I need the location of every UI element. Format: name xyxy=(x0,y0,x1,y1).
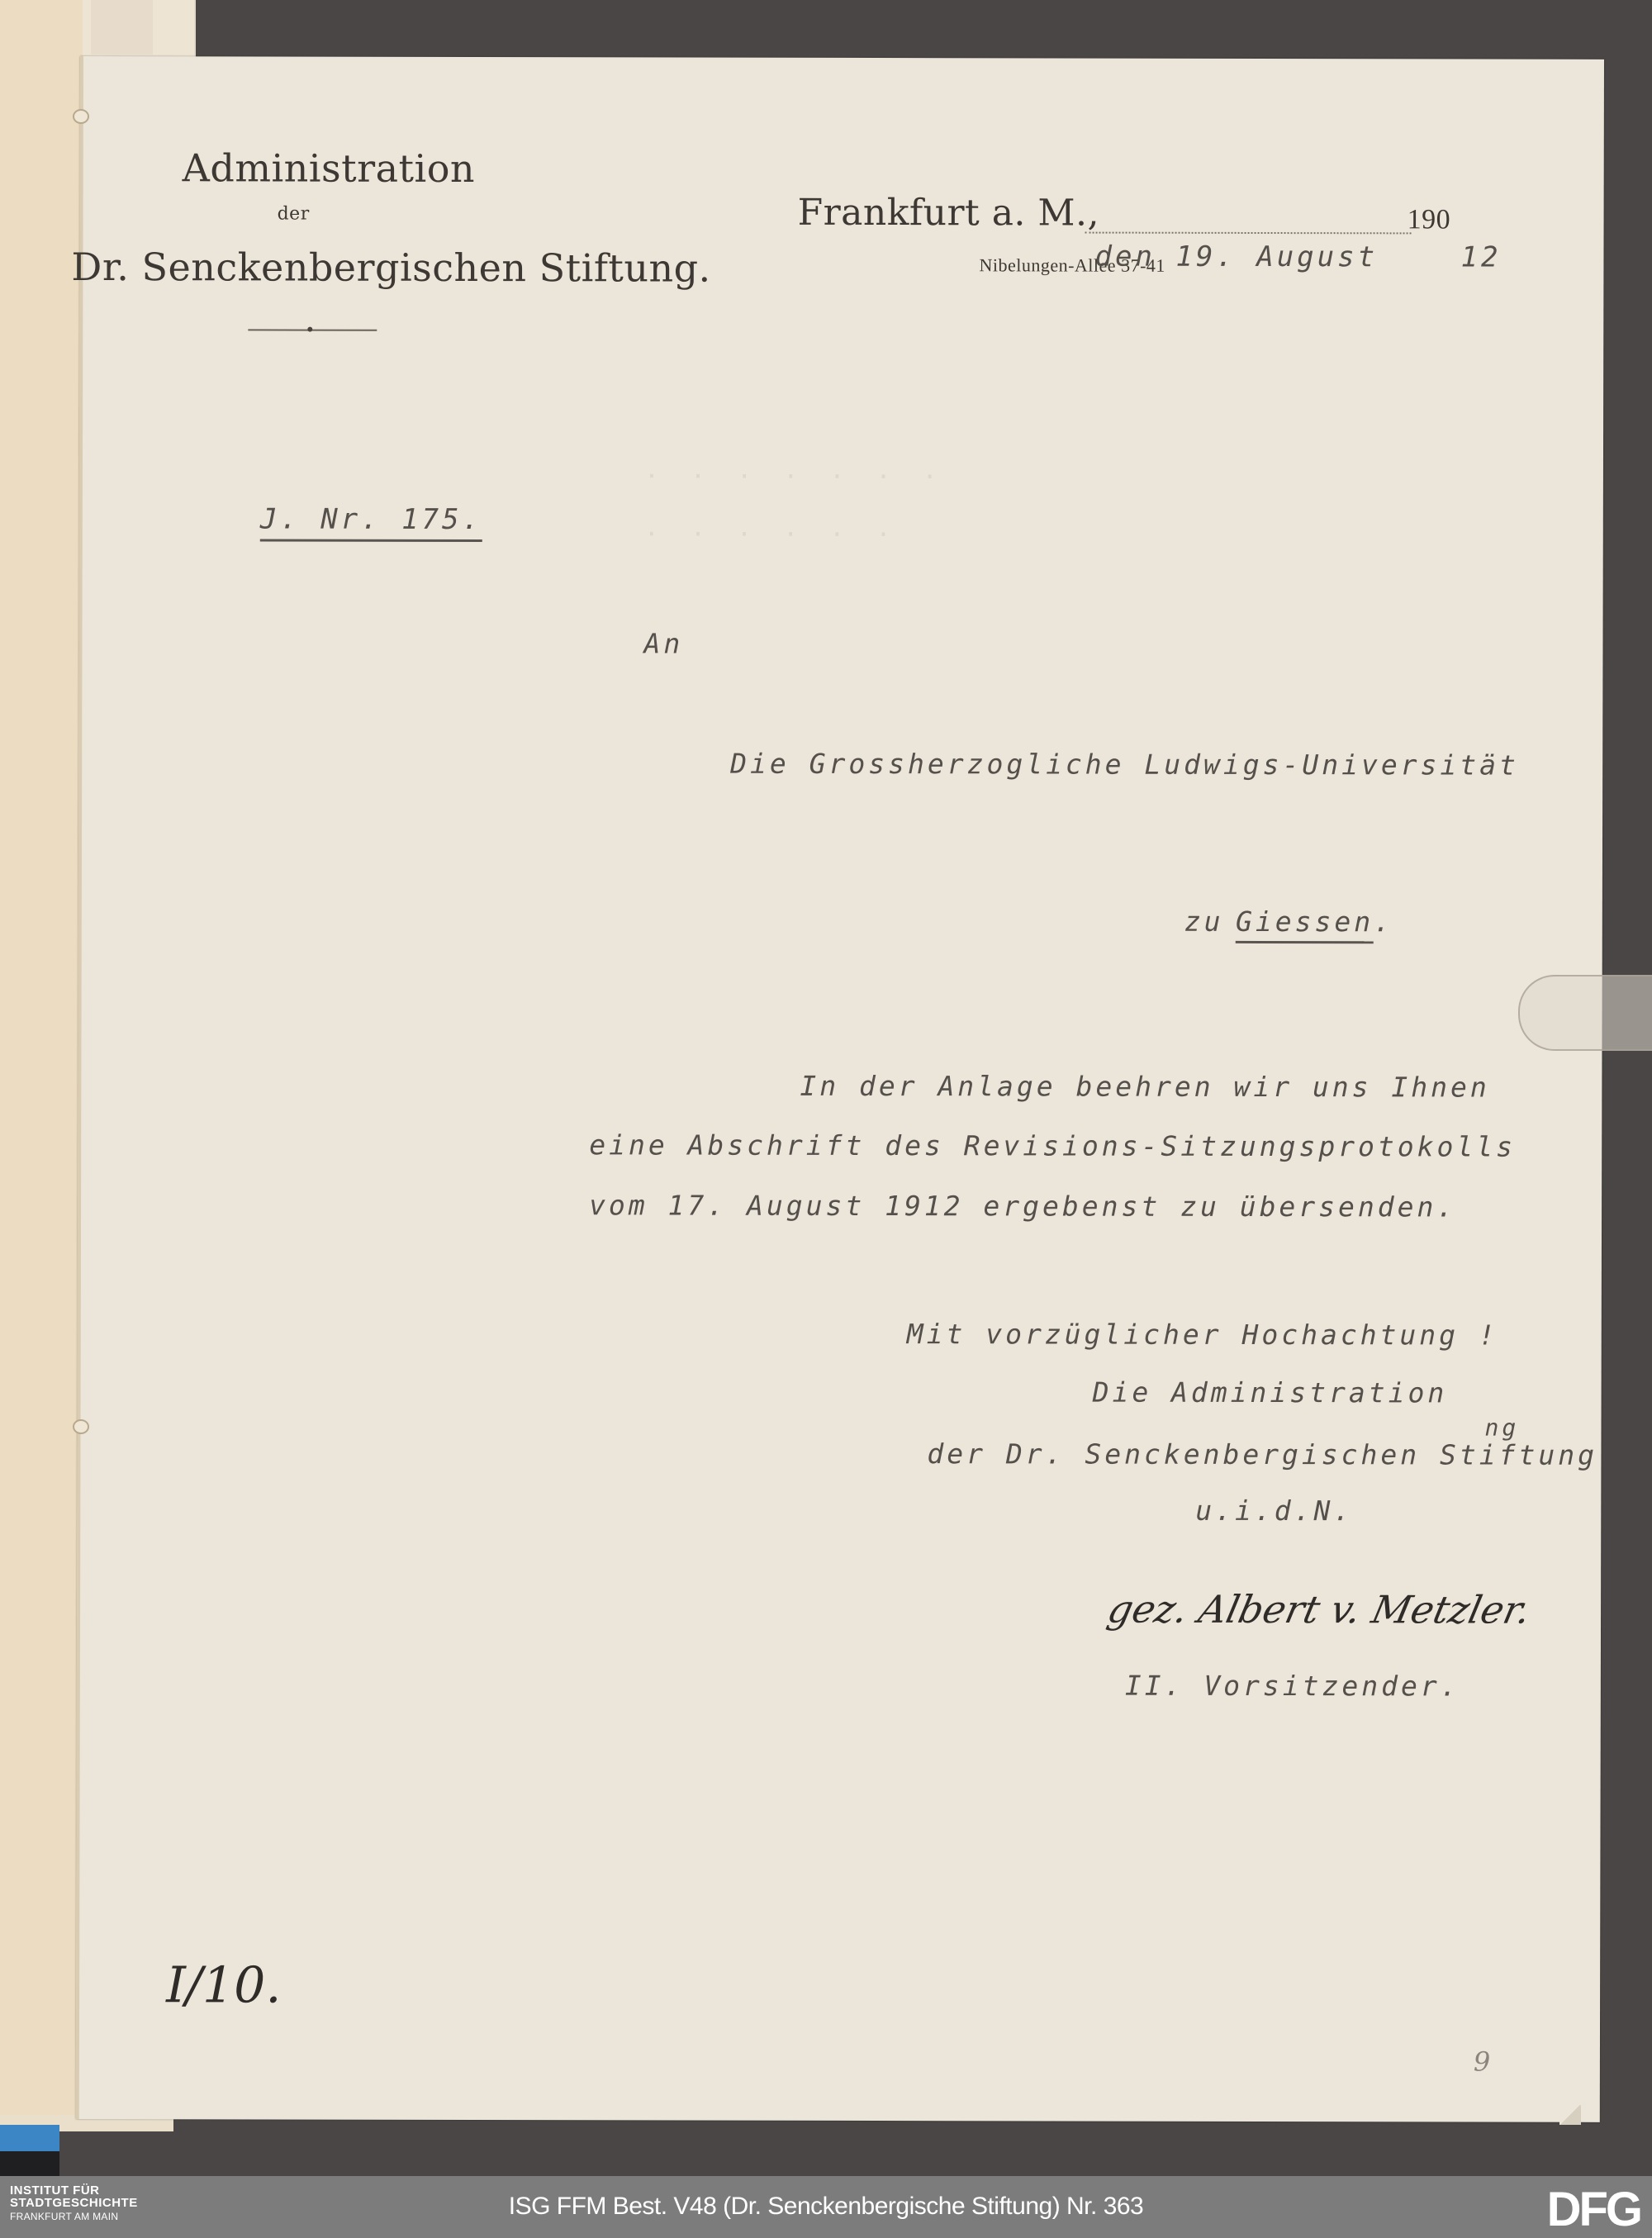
closing-correction-overstrike: ng xyxy=(1484,1414,1519,1442)
recipient-place-prefix: zu xyxy=(1184,905,1224,938)
dark-corner xyxy=(0,2151,59,2176)
show-through-marks: · · · · · · · xyxy=(644,462,946,492)
blue-binding-tape xyxy=(0,2125,59,2151)
closing-org-line-2: der Dr. Senckenbergischen Stiftung xyxy=(927,1437,1597,1471)
closing-org-line-1: Die Administration xyxy=(1093,1376,1448,1409)
recipient-salutation: An xyxy=(643,627,683,659)
letterhead-der: der xyxy=(278,204,310,225)
folded-corner xyxy=(1559,2105,1581,2125)
body-line-3: vom 17. August 1912 ergebenst zu übersen… xyxy=(589,1189,1456,1223)
letter-sheet: Administration der Dr. Senckenbergischen… xyxy=(76,56,1604,2122)
recipient-place-line: zu Giessen. xyxy=(1184,905,1393,938)
closing-abbreviation: u.i.d.N. xyxy=(1195,1494,1353,1527)
body-line-1: In der Anlage beehren wir uns Ihnen xyxy=(800,1070,1489,1104)
underlying-folder-page xyxy=(0,0,83,2123)
signatory-title: II. Vorsitzender. xyxy=(1125,1670,1460,1703)
date-dotted-rule xyxy=(1085,232,1412,235)
letterhead-ornament xyxy=(248,329,377,330)
archive-signature-caption: ISG FFM Best. V48 (Dr. Senckenbergische … xyxy=(0,2193,1652,2221)
underlying-sheet-edge xyxy=(91,0,153,55)
archive-footer-bar: INSTITUT FÜR STADTGESCHICHTE FRANKFURT A… xyxy=(0,2176,1652,2238)
pencil-page-number: 9 xyxy=(1474,2046,1490,2078)
binding-thread-knot xyxy=(73,109,89,124)
recipient-place: Giessen xyxy=(1236,905,1374,943)
show-through-marks: · · · · · · xyxy=(644,520,900,549)
binding-thread-knot xyxy=(73,1419,89,1434)
handwritten-filing-mark: I/10. xyxy=(166,1956,281,2014)
date-day-month: den 19. August xyxy=(1094,240,1378,274)
year-prefix: 190 xyxy=(1408,204,1451,235)
date-year-suffix: 12 xyxy=(1460,241,1501,274)
place-label: Frankfurt a. M., xyxy=(798,192,1099,235)
letterhead-title: Administration xyxy=(183,145,475,191)
handwritten-signature: gez. Albert v. Metzler. xyxy=(1104,1587,1535,1632)
body-line-2: eine Abschrift des Revisions-Sitzungspro… xyxy=(589,1129,1516,1162)
dfg-logo: DFG xyxy=(1547,2186,1640,2234)
recipient-name: Die Grossherzogliche Ludwigs-Universität xyxy=(730,748,1519,782)
recipient-place-suffix: . xyxy=(1374,905,1393,938)
closing-greeting: Mit vorzüglicher Hochachtung ! xyxy=(907,1318,1498,1351)
letterhead-foundation-name: Dr. Senckenbergischen Stiftung. xyxy=(71,245,710,291)
journal-reference-number: J. Nr. 175. xyxy=(260,502,482,542)
transparent-page-tab xyxy=(1518,975,1652,1051)
